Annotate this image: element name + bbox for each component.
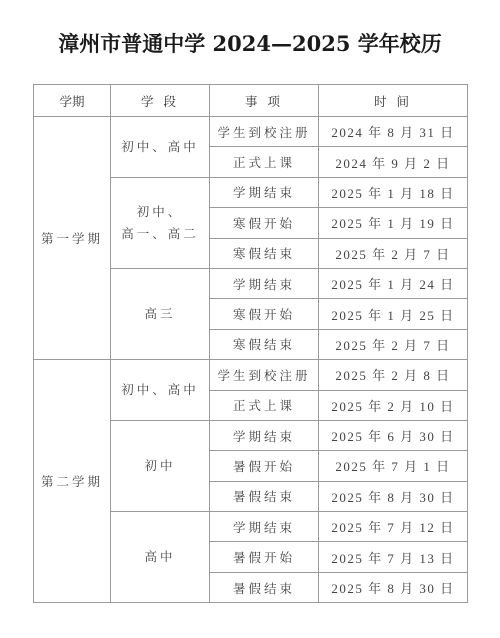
date-cell: 2025 年 1 月 19 日 [319, 208, 468, 238]
semester-cell: 第一学期 [34, 117, 111, 360]
event-cell: 寒假结束 [210, 238, 319, 268]
event-cell: 学生到校注册 [210, 360, 319, 390]
page-title: 漳州市普通中学 2024—2025 学年校历 [0, 28, 500, 58]
date-cell: 2025 年 2 月 10 日 [319, 390, 468, 420]
stage-cell: 高三 [111, 268, 210, 359]
date-cell: 2025 年 7 月 1 日 [319, 451, 468, 481]
header-semester: 学期 [34, 85, 111, 117]
event-cell: 暑假结束 [210, 481, 319, 511]
event-cell: 学生到校注册 [210, 117, 319, 147]
date-cell: 2024 年 9 月 2 日 [319, 147, 468, 177]
event-cell: 暑假开始 [210, 542, 319, 572]
stage-cell: 初中、高中 [111, 117, 210, 178]
stage-cell: 高中 [111, 512, 210, 603]
date-cell: 2024 年 8 月 31 日 [319, 117, 468, 147]
event-cell: 学期结束 [210, 420, 319, 450]
header-stage: 学 段 [111, 85, 210, 117]
header-event: 事 项 [210, 85, 319, 117]
event-cell: 学期结束 [210, 177, 319, 207]
event-cell: 寒假开始 [210, 299, 319, 329]
event-cell: 正式上课 [210, 390, 319, 420]
event-cell: 学期结束 [210, 268, 319, 298]
date-cell: 2025 年 2 月 7 日 [319, 238, 468, 268]
date-cell: 2025 年 7 月 13 日 [319, 542, 468, 572]
date-cell: 2025 年 1 月 24 日 [319, 268, 468, 298]
event-cell: 寒假开始 [210, 208, 319, 238]
stage-cell: 初中、高中 [111, 360, 210, 421]
date-cell: 2025 年 8 月 30 日 [319, 572, 468, 602]
stage-line-2: 高一、高二 [111, 223, 209, 245]
date-cell: 2025 年 1 月 25 日 [319, 299, 468, 329]
event-cell: 暑假开始 [210, 451, 319, 481]
table-header-row: 学期 学 段 事 项 时 间 [34, 85, 468, 117]
event-cell: 寒假结束 [210, 329, 319, 359]
table-row: 第二学期 初中、高中 学生到校注册 2025 年 2 月 8 日 [34, 360, 468, 390]
date-cell: 2025 年 8 月 30 日 [319, 481, 468, 511]
stage-cell: 初中 [111, 420, 210, 511]
stage-line-1: 初中、 [111, 201, 209, 223]
event-cell: 暑假结束 [210, 572, 319, 602]
semester-cell: 第二学期 [34, 360, 111, 603]
header-time: 时 间 [319, 85, 468, 117]
event-cell: 学期结束 [210, 512, 319, 542]
date-cell: 2025 年 1 月 18 日 [319, 177, 468, 207]
table-row: 第一学期 初中、高中 学生到校注册 2024 年 8 月 31 日 [34, 117, 468, 147]
school-calendar-table: 学期 学 段 事 项 时 间 第一学期 初中、高中 学生到校注册 2024 年 … [33, 84, 468, 603]
date-cell: 2025 年 2 月 8 日 [319, 360, 468, 390]
date-cell: 2025 年 7 月 12 日 [319, 512, 468, 542]
stage-cell: 初中、 高一、高二 [111, 177, 210, 268]
event-cell: 正式上课 [210, 147, 319, 177]
date-cell: 2025 年 6 月 30 日 [319, 420, 468, 450]
date-cell: 2025 年 2 月 7 日 [319, 329, 468, 359]
